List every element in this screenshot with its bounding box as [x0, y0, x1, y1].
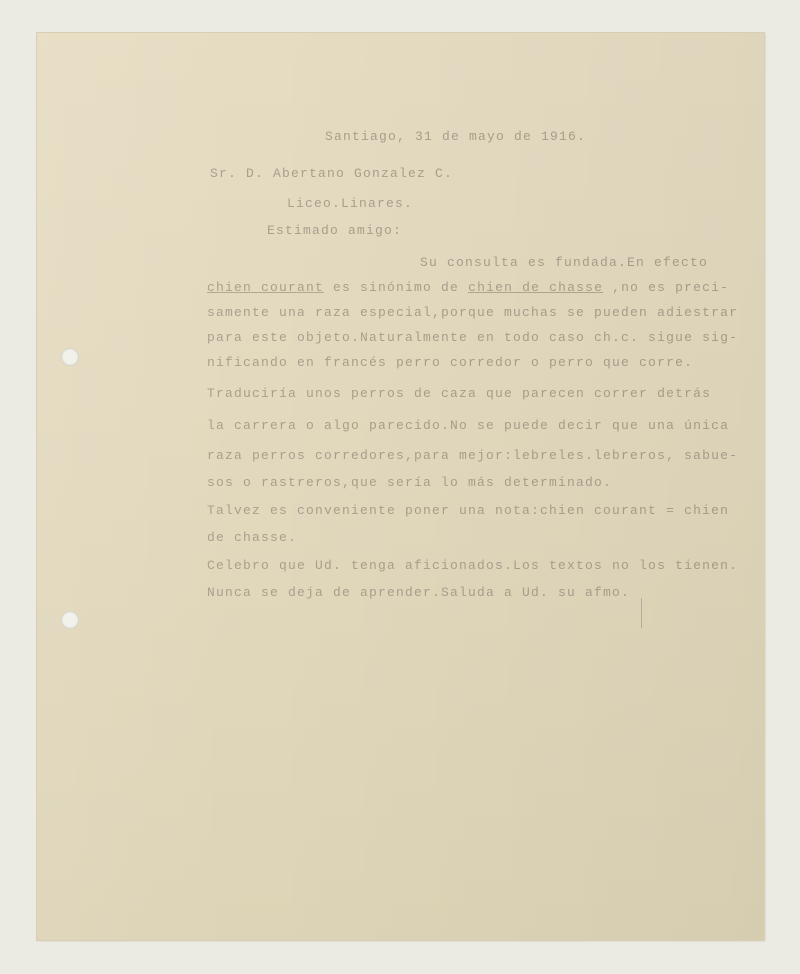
- salutation: Estimado amigo:: [267, 223, 402, 239]
- body-text: es sinónimo de: [324, 280, 468, 295]
- body-text: ,no es preci-: [603, 280, 729, 295]
- body-line-6: Traduciría unos perros de caza que parec…: [207, 386, 711, 402]
- body-line-8: raza perros corredores,para mejor:lebrel…: [207, 448, 738, 464]
- body-line-12: Celebro que Ud. tenga aficionados.Los te…: [207, 558, 738, 574]
- underlined-term-chien-courant: chien courant: [207, 280, 324, 295]
- body-line-13: Nunca se deja de aprender.Saluda a Ud. s…: [207, 585, 630, 601]
- body-line-5: nificando en francés perro corredor o pe…: [207, 355, 693, 371]
- recipient-place: Liceo.Linares.: [287, 196, 413, 212]
- pencil-mark: [641, 598, 642, 628]
- recipient-name: Sr. D. Abertano Gonzalez C.: [210, 166, 453, 182]
- letter-page: Santiago, 31 de mayo de 1916. Sr. D. Abe…: [37, 33, 764, 940]
- body-line-9: sos o rastreros,que sería lo más determi…: [207, 475, 612, 491]
- body-line-3: samente una raza especial,porque muchas …: [207, 305, 738, 321]
- punch-hole-bottom: [61, 611, 79, 629]
- body-line-2: chien courant es sinónimo de chien de ch…: [207, 280, 729, 296]
- date-line: Santiago, 31 de mayo de 1916.: [325, 129, 586, 145]
- body-line-10: Talvez es conveniente poner una nota:chi…: [207, 503, 729, 519]
- body-line-4: para este objeto.Naturalmente en todo ca…: [207, 330, 738, 346]
- body-line-11: de chasse.: [207, 530, 297, 546]
- punch-hole-top: [61, 348, 79, 366]
- body-line-7: la carrera o algo parecido.No se puede d…: [207, 418, 729, 434]
- body-text: Su consulta es fundada.En efecto: [420, 255, 708, 270]
- underlined-term-chien-de-chasse: chien de chasse: [468, 280, 603, 295]
- body-line-1: Su consulta es fundada.En efecto: [420, 255, 708, 271]
